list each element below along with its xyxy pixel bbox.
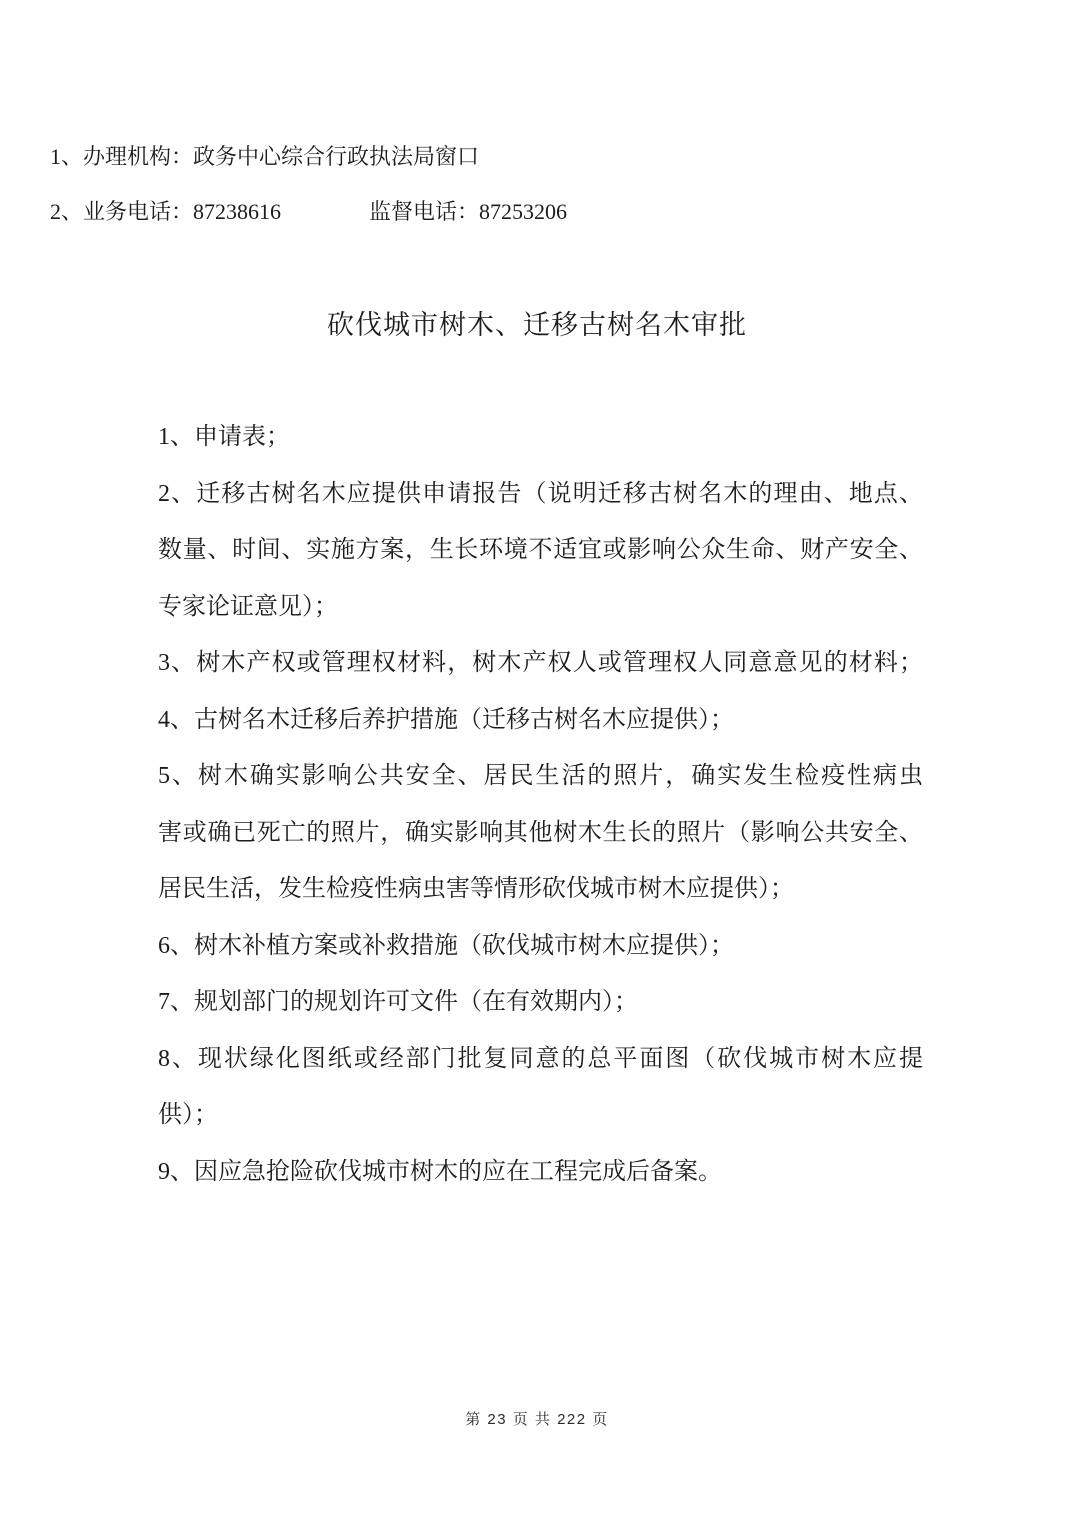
body-line: 2、迁移古树名木应提供申请报告（说明迁移古树名木的理由、地点、 <box>158 466 923 523</box>
body-line: 居民生活，发生检疫性病虫害等情形砍伐城市树木应提供）； <box>158 861 923 918</box>
body-line: 3、树木产权或管理权材料，树木产权人或管理权人同意意见的材料； <box>158 635 923 692</box>
body-line: 5、树木确实影响公共安全、居民生活的照片，确实发生检疫性病虫 <box>158 748 923 805</box>
agency-line: 1、办理机构：政务中心综合行政执法局窗口 <box>50 145 567 169</box>
body-line: 7、规划部门的规划许可文件（在有效期内）； <box>158 974 923 1031</box>
business-phone: 2、业务电话：87238616 <box>50 199 281 224</box>
body-line: 9、因应急抢险砍伐城市树木的应在工程完成后备案。 <box>158 1144 923 1201</box>
body-line: 供）； <box>158 1087 923 1144</box>
body-line: 数量、时间、实施方案，生长环境不适宜或影响公众生命、财产安全、 <box>158 522 923 579</box>
body-line: 害或确已死亡的照片，确实影响其他树木生长的照片（影响公共安全、 <box>158 805 923 862</box>
body-text: 1、申请表； 2、迁移古树名木应提供申请报告（说明迁移古树名木的理由、地点、 数… <box>158 409 923 1200</box>
document-page: 1、办理机构：政务中心综合行政执法局窗口 2、业务电话：87238616监督电话… <box>0 0 1074 1520</box>
supervision-phone: 监督电话：87253206 <box>369 199 567 224</box>
body-line: 6、树木补植方案或补救措施（砍伐城市树木应提供）； <box>158 918 923 975</box>
body-line: 专家论证意见）； <box>158 579 923 636</box>
page-footer: 第 23 页 共 222 页 <box>0 1408 1074 1429</box>
header-info: 1、办理机构：政务中心综合行政执法局窗口 2、业务电话：87238616监督电话… <box>50 145 567 224</box>
body-line: 4、古树名木迁移后养护措施（迁移古树名木应提供）； <box>158 692 923 749</box>
page-title: 砍伐城市树木、迁移古树名木审批 <box>0 303 1074 342</box>
phone-line: 2、业务电话：87238616监督电话：87253206 <box>50 200 567 224</box>
body-line: 1、申请表； <box>158 409 923 466</box>
body-line: 8、现状绿化图纸或经部门批复同意的总平面图（砍伐城市树木应提 <box>158 1031 923 1088</box>
